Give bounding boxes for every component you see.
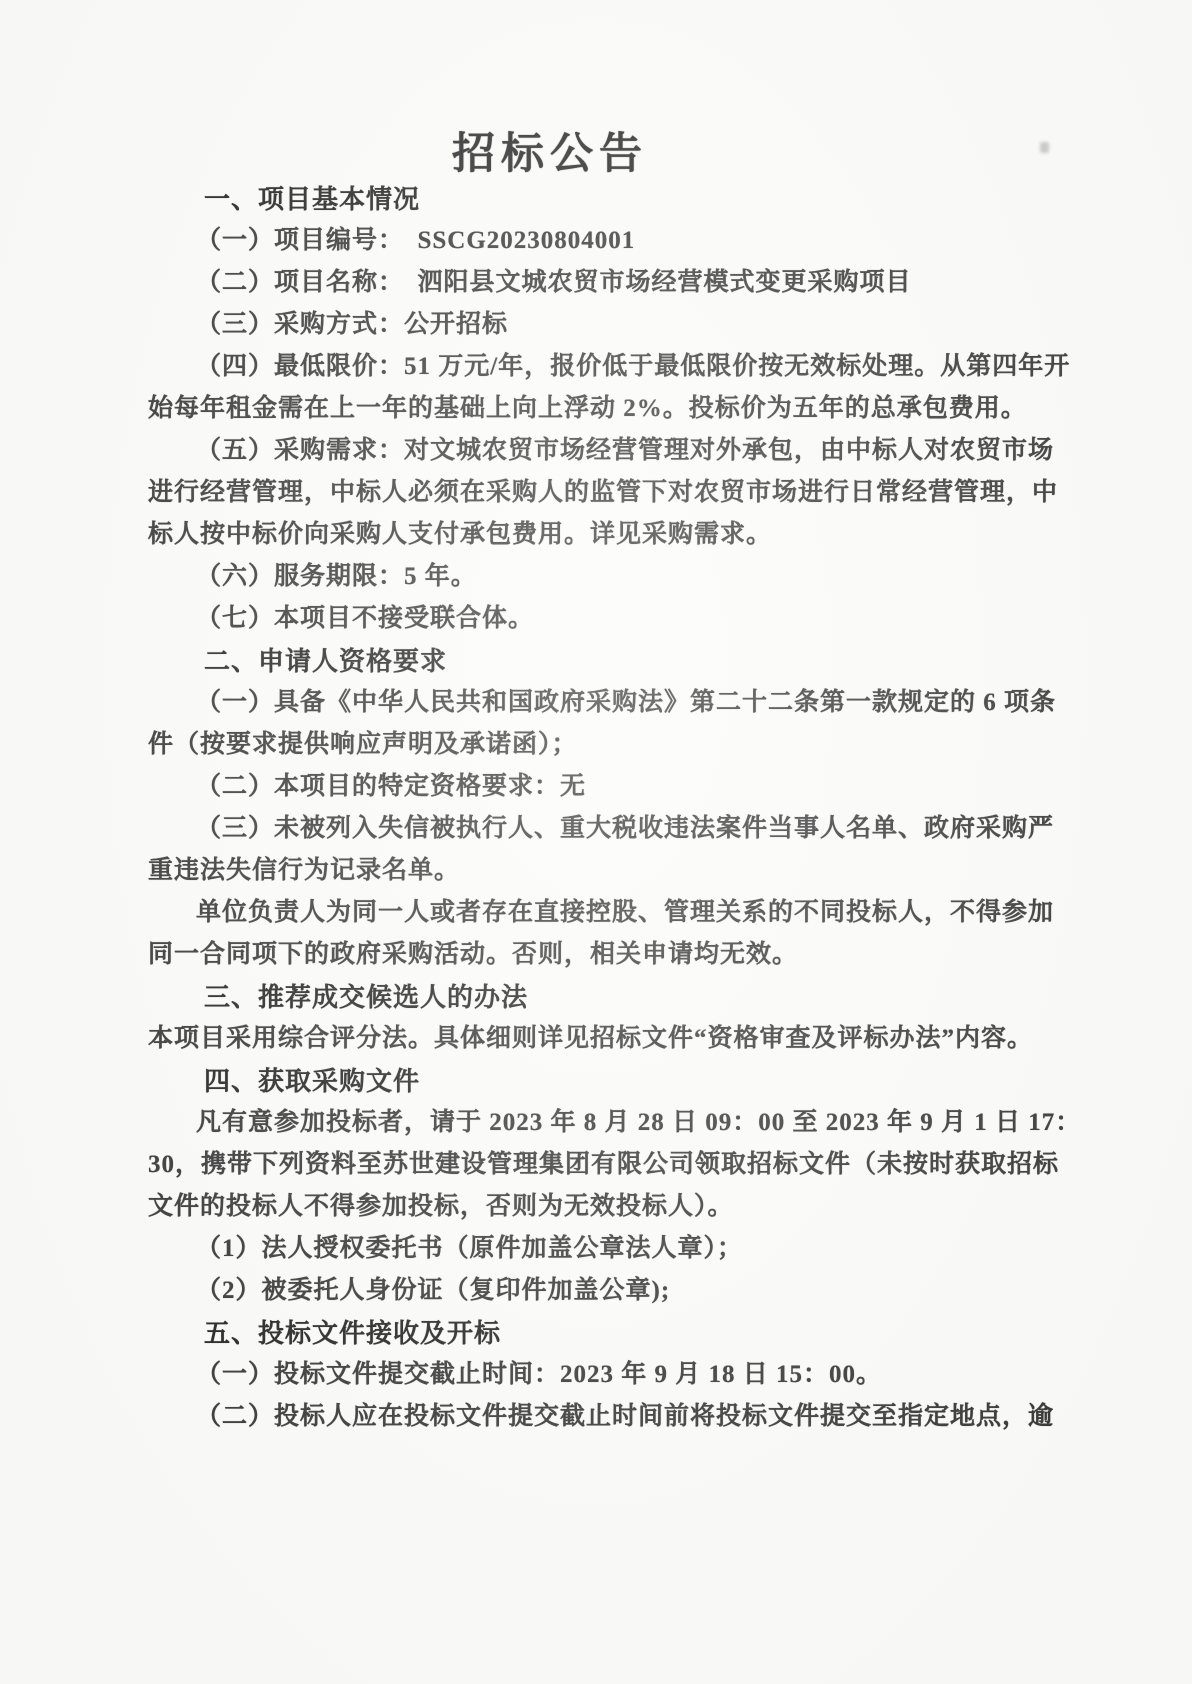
text-line: 同一合同项下的政府采购活动。否则，相关申请均无效。 xyxy=(148,934,1078,976)
text-line: 重违法失信行为记录名单。 xyxy=(148,850,1078,892)
section-heading: 一、项目基本情况 xyxy=(148,178,1078,220)
section-heading: 二、申请人资格要求 xyxy=(148,640,1078,682)
document-title: 招标公告 xyxy=(0,120,1100,181)
text-line: 标人按中标价向采购人支付承包费用。详见采购需求。 xyxy=(148,514,1078,556)
text-line: （六）服务期限：5 年。 xyxy=(148,556,1078,598)
text-line: 30，携带下列资料至苏世建设管理集团有限公司领取招标文件（未按时获取招标 xyxy=(148,1144,1078,1186)
text-line: （1）法人授权委托书（原件加盖公章法人章）； xyxy=(148,1228,1078,1270)
text-line: （一）具备《中华人民共和国政府采购法》第二十二条第一款规定的 6 项条 xyxy=(148,682,1078,724)
text-line: （一）投标文件提交截止时间：2023 年 9 月 18 日 15：00。 xyxy=(148,1354,1078,1396)
text-line: （三）未被列入失信被执行人、重大税收违法案件当事人名单、政府采购严 xyxy=(148,808,1078,850)
text-line: 本项目采用综合评分法。具体细则详见招标文件“资格审查及评标办法”内容。 xyxy=(148,1018,1078,1060)
text-line: （七）本项目不接受联合体。 xyxy=(148,598,1078,640)
text-line: 单位负责人为同一人或者存在直接控股、管理关系的不同投标人，不得参加 xyxy=(148,892,1078,934)
section-heading: 五、投标文件接收及开标 xyxy=(148,1312,1078,1354)
text-line: （四）最低限价：51 万元/年，报价低于最低限价按无效标处理。从第四年开 xyxy=(148,346,1078,388)
text-line: （二）项目名称： 泗阳县文城农贸市场经营模式变更采购项目 xyxy=(148,262,1078,304)
text-line: （二）本项目的特定资格要求：无 xyxy=(148,766,1078,808)
text-line: 进行经营管理，中标人必须在采购人的监管下对农贸市场进行日常经营管理，中 xyxy=(148,472,1078,514)
text-line: 件（按要求提供响应声明及承诺函）； xyxy=(148,724,1078,766)
text-line: 文件的投标人不得参加投标，否则为无效投标人）。 xyxy=(148,1186,1078,1228)
text-line: （三）采购方式：公开招标 xyxy=(148,304,1078,346)
text-line: （五）采购需求：对文城农贸市场经营管理对外承包，由中标人对农贸市场 xyxy=(148,430,1078,472)
text-line: （一）项目编号： SSCG20230804001 xyxy=(148,220,1078,262)
document-page: 招标公告 一、项目基本情况（一）项目编号： SSCG20230804001（二）… xyxy=(0,0,1192,1684)
text-line: 凡有意参加投标者，请于 2023 年 8 月 28 日 09：00 至 2023… xyxy=(148,1102,1078,1144)
text-line: 始每年租金需在上一年的基础上向上浮动 2%。投标价为五年的总承包费用。 xyxy=(148,388,1078,430)
text-line: （2）被委托人身份证（复印件加盖公章); xyxy=(148,1270,1078,1312)
document-body: 一、项目基本情况（一）项目编号： SSCG20230804001（二）项目名称：… xyxy=(148,178,1078,1438)
section-heading: 三、推荐成交候选人的办法 xyxy=(148,976,1078,1018)
scan-artifact-dot xyxy=(1040,142,1049,153)
section-heading: 四、获取采购文件 xyxy=(148,1060,1078,1102)
text-line: （二）投标人应在投标文件提交截止时间前将投标文件提交至指定地点，逾 xyxy=(148,1396,1078,1438)
